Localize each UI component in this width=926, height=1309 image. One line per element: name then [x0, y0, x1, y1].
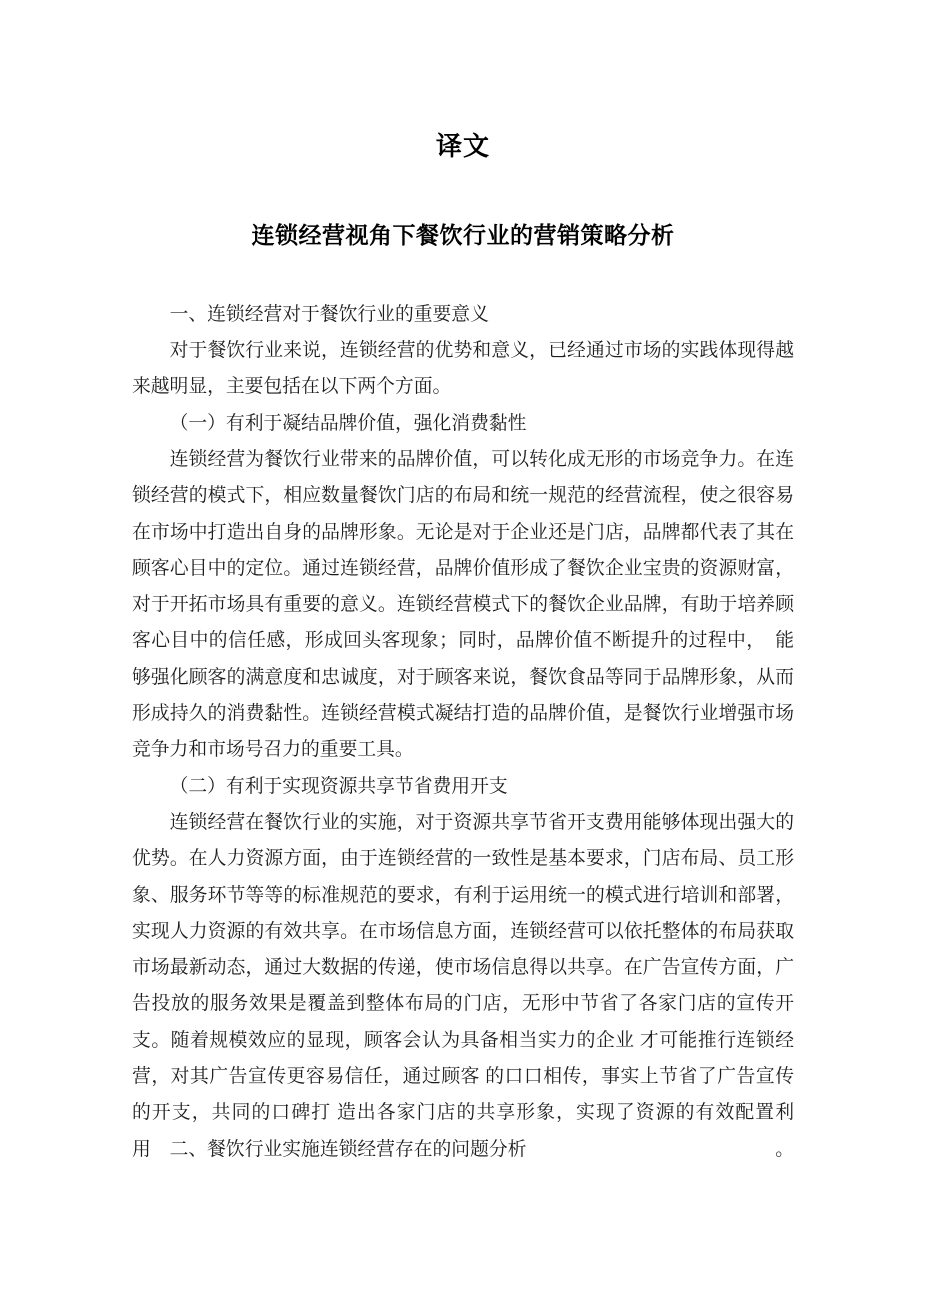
text-line: 优势。在人力资源方面，由于连锁经营的一致性是基本要求，门店布局、员工形	[132, 841, 794, 877]
text-line: （二）有利于实现资源共享节省费用开支	[132, 769, 794, 805]
article-title: 连锁经营视角下餐饮行业的营销策略分析	[0, 222, 926, 250]
text-line: 客心目中的信任感，形成回头客现象；同时，品牌价值不断提升的过程中， 能	[132, 623, 794, 659]
text-line: 连锁经营在餐饮行业的实施，对于资源共享节省开支费用能够体现出强大的	[132, 805, 794, 841]
text-line: 连锁经营为餐饮行业带来的品牌价值，可以转化成无形的市场竞争力。在连	[132, 442, 794, 478]
document-body: 一、连锁经营对于餐饮行业的重要意义对于餐饮行业来说，连锁经营的优势和意义，已经通…	[132, 297, 794, 1168]
text-line: 够强化顾客的满意度和忠诚度，对于顾客来说，餐饮食品等同于品牌形象，从而	[132, 660, 794, 696]
document-page: 译文 连锁经营视角下餐饮行业的营销策略分析 一、连锁经营对于餐饮行业的重要意义对…	[0, 0, 926, 1309]
text-line: 来越明显，主要包括在以下两个方面。	[132, 369, 794, 405]
text-line: 实现人力资源的有效共享。在市场信息方面，连锁经营可以依托整体的布局获取	[132, 914, 794, 950]
text-line: （一）有利于凝结品牌价值，强化消费黏性	[132, 406, 794, 442]
text-line: 锁经营的模式下，相应数量餐饮门店的布局和统一规范的经营流程，使之很容易	[132, 478, 794, 514]
text-line: 一、连锁经营对于餐饮行业的重要意义	[132, 297, 794, 333]
text-line: 在市场中打造出自身的品牌形象。无论是对于企业还是门店，品牌都代表了其在	[132, 515, 794, 551]
text-line: 形成持久的消费黏性。连锁经营模式凝结打造的品牌价值，是餐饮行业增强市场	[132, 696, 794, 732]
text-line: 对于开拓市场具有重要的意义。连锁经营模式下的餐饮企业品牌，有助于培养顾	[132, 587, 794, 623]
text-line: 象、服务环节等等的标准规范的要求，有利于运用统一的模式进行培训和部署，	[132, 878, 794, 914]
text-line: 告投放的服务效果是覆盖到整体布局的门店，无形中节省了各家门店的宣传开	[132, 986, 794, 1022]
text-line: 顾客心目中的定位。通过连锁经营，品牌价值形成了餐饮企业宝贵的资源财富，	[132, 551, 794, 587]
text-line: 市场最新动态，通过大数据的传递，使市场信息得以共享。在广告宣传方面，广	[132, 950, 794, 986]
text-line: 营，对其广告宣传更容易信任，通过顾客 的口口相传，事实上节省了广告宣传	[132, 1059, 794, 1095]
text-line: 支。随着规模效应的显现，顾客会认为具备相当实力的企业 才可能推行连锁经	[132, 1023, 794, 1059]
page-title: 译文	[0, 0, 926, 162]
text-line: 的开支，共同的口碑打 造出各家门店的共享形象，实现了资源的有效配置利用。	[132, 1095, 794, 1131]
text-line: 对于餐饮行业来说，连锁经营的优势和意义，已经通过市场的实践体现得越	[132, 333, 794, 369]
text-line: 竞争力和市场号召力的重要工具。	[132, 732, 794, 768]
